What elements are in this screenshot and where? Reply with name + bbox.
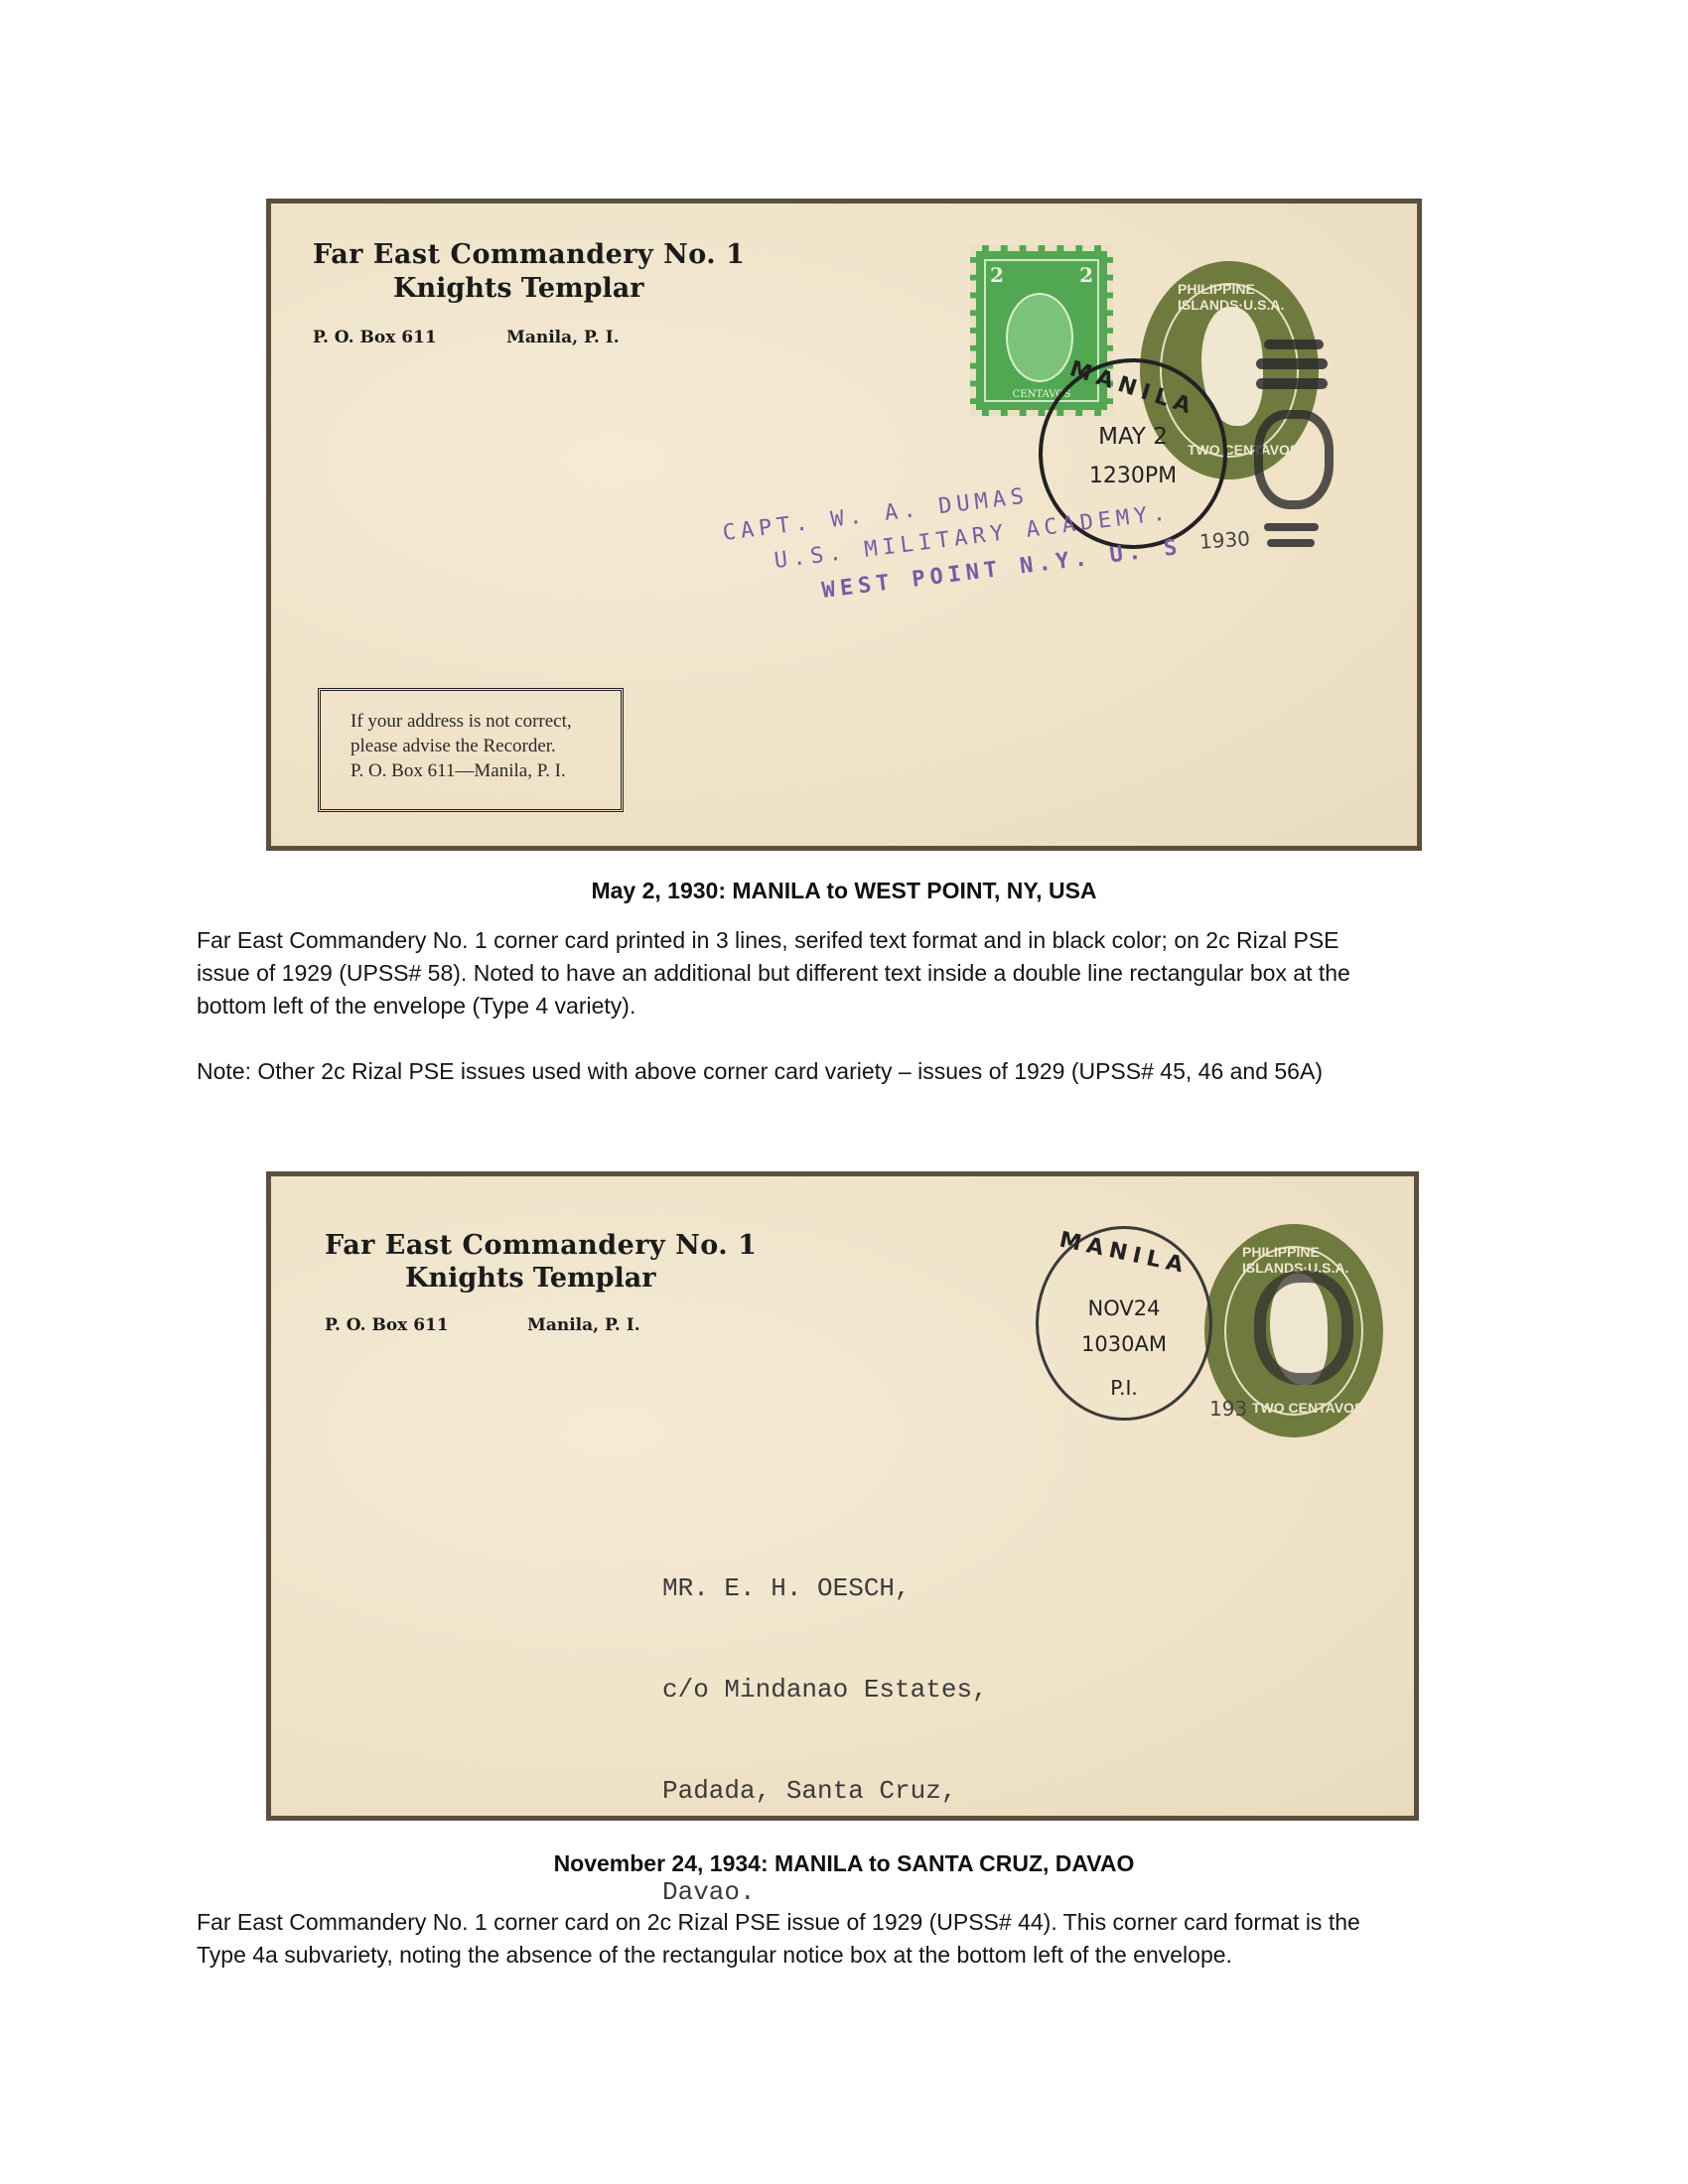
corner-card-po-box: P. O. Box 611 (325, 1315, 449, 1335)
corner-card-title: Far East Commandery No. 1 (313, 239, 745, 270)
envelope-image-1: Far East Commandery No. 1 Knights Templa… (266, 199, 1422, 851)
description-2: Far East Commandery No. 1 corner card on… (197, 1906, 1398, 1972)
postmark-year: 193 (1209, 1397, 1247, 1421)
description-1: Far East Commandery No. 1 corner card pr… (197, 924, 1398, 1023)
address-line: MR. E. H. OESCH, (662, 1571, 988, 1605)
target-cancel (1254, 1271, 1353, 1385)
corner-card-title: Far East Commandery No. 1 (325, 1230, 757, 1261)
duplex-cancel (1254, 410, 1334, 509)
caption-2: November 24, 1934: MANILA to SANTA CRUZ,… (0, 1850, 1688, 1877)
postmark-year: 1930 (1198, 526, 1250, 553)
corner-card-subtitle: Knights Templar (393, 273, 644, 304)
address-line: Padada, Santa Cruz, (662, 1774, 988, 1808)
corner-card-city: Manila, P. I. (506, 328, 620, 347)
corner-card-subtitle: Knights Templar (405, 1263, 656, 1294)
corner-card-po-box: P. O. Box 611 (313, 328, 437, 347)
caption-1: May 2, 1930: MANILA to WEST POINT, NY, U… (0, 878, 1688, 904)
notice-line: If your address is not correct, (351, 709, 621, 734)
address-line: c/o Mindanao Estates, (662, 1673, 988, 1706)
notice-line: P. O. Box 611—Manila, P. I. (351, 758, 621, 783)
address-notice-box: If your address is not correct, please a… (318, 688, 624, 812)
notice-line: please advise the Recorder. (351, 734, 621, 758)
envelope-image-2: Far East Commandery No. 1 Knights Templa… (266, 1171, 1419, 1821)
postmark-manila: MANILA NOV24 1030AM P.I. (1036, 1226, 1212, 1421)
corner-card-city: Manila, P. I. (527, 1315, 640, 1335)
note-1: Note: Other 2c Rizal PSE issues used wit… (197, 1055, 1398, 1088)
address-line: Davao. (662, 1875, 988, 1909)
